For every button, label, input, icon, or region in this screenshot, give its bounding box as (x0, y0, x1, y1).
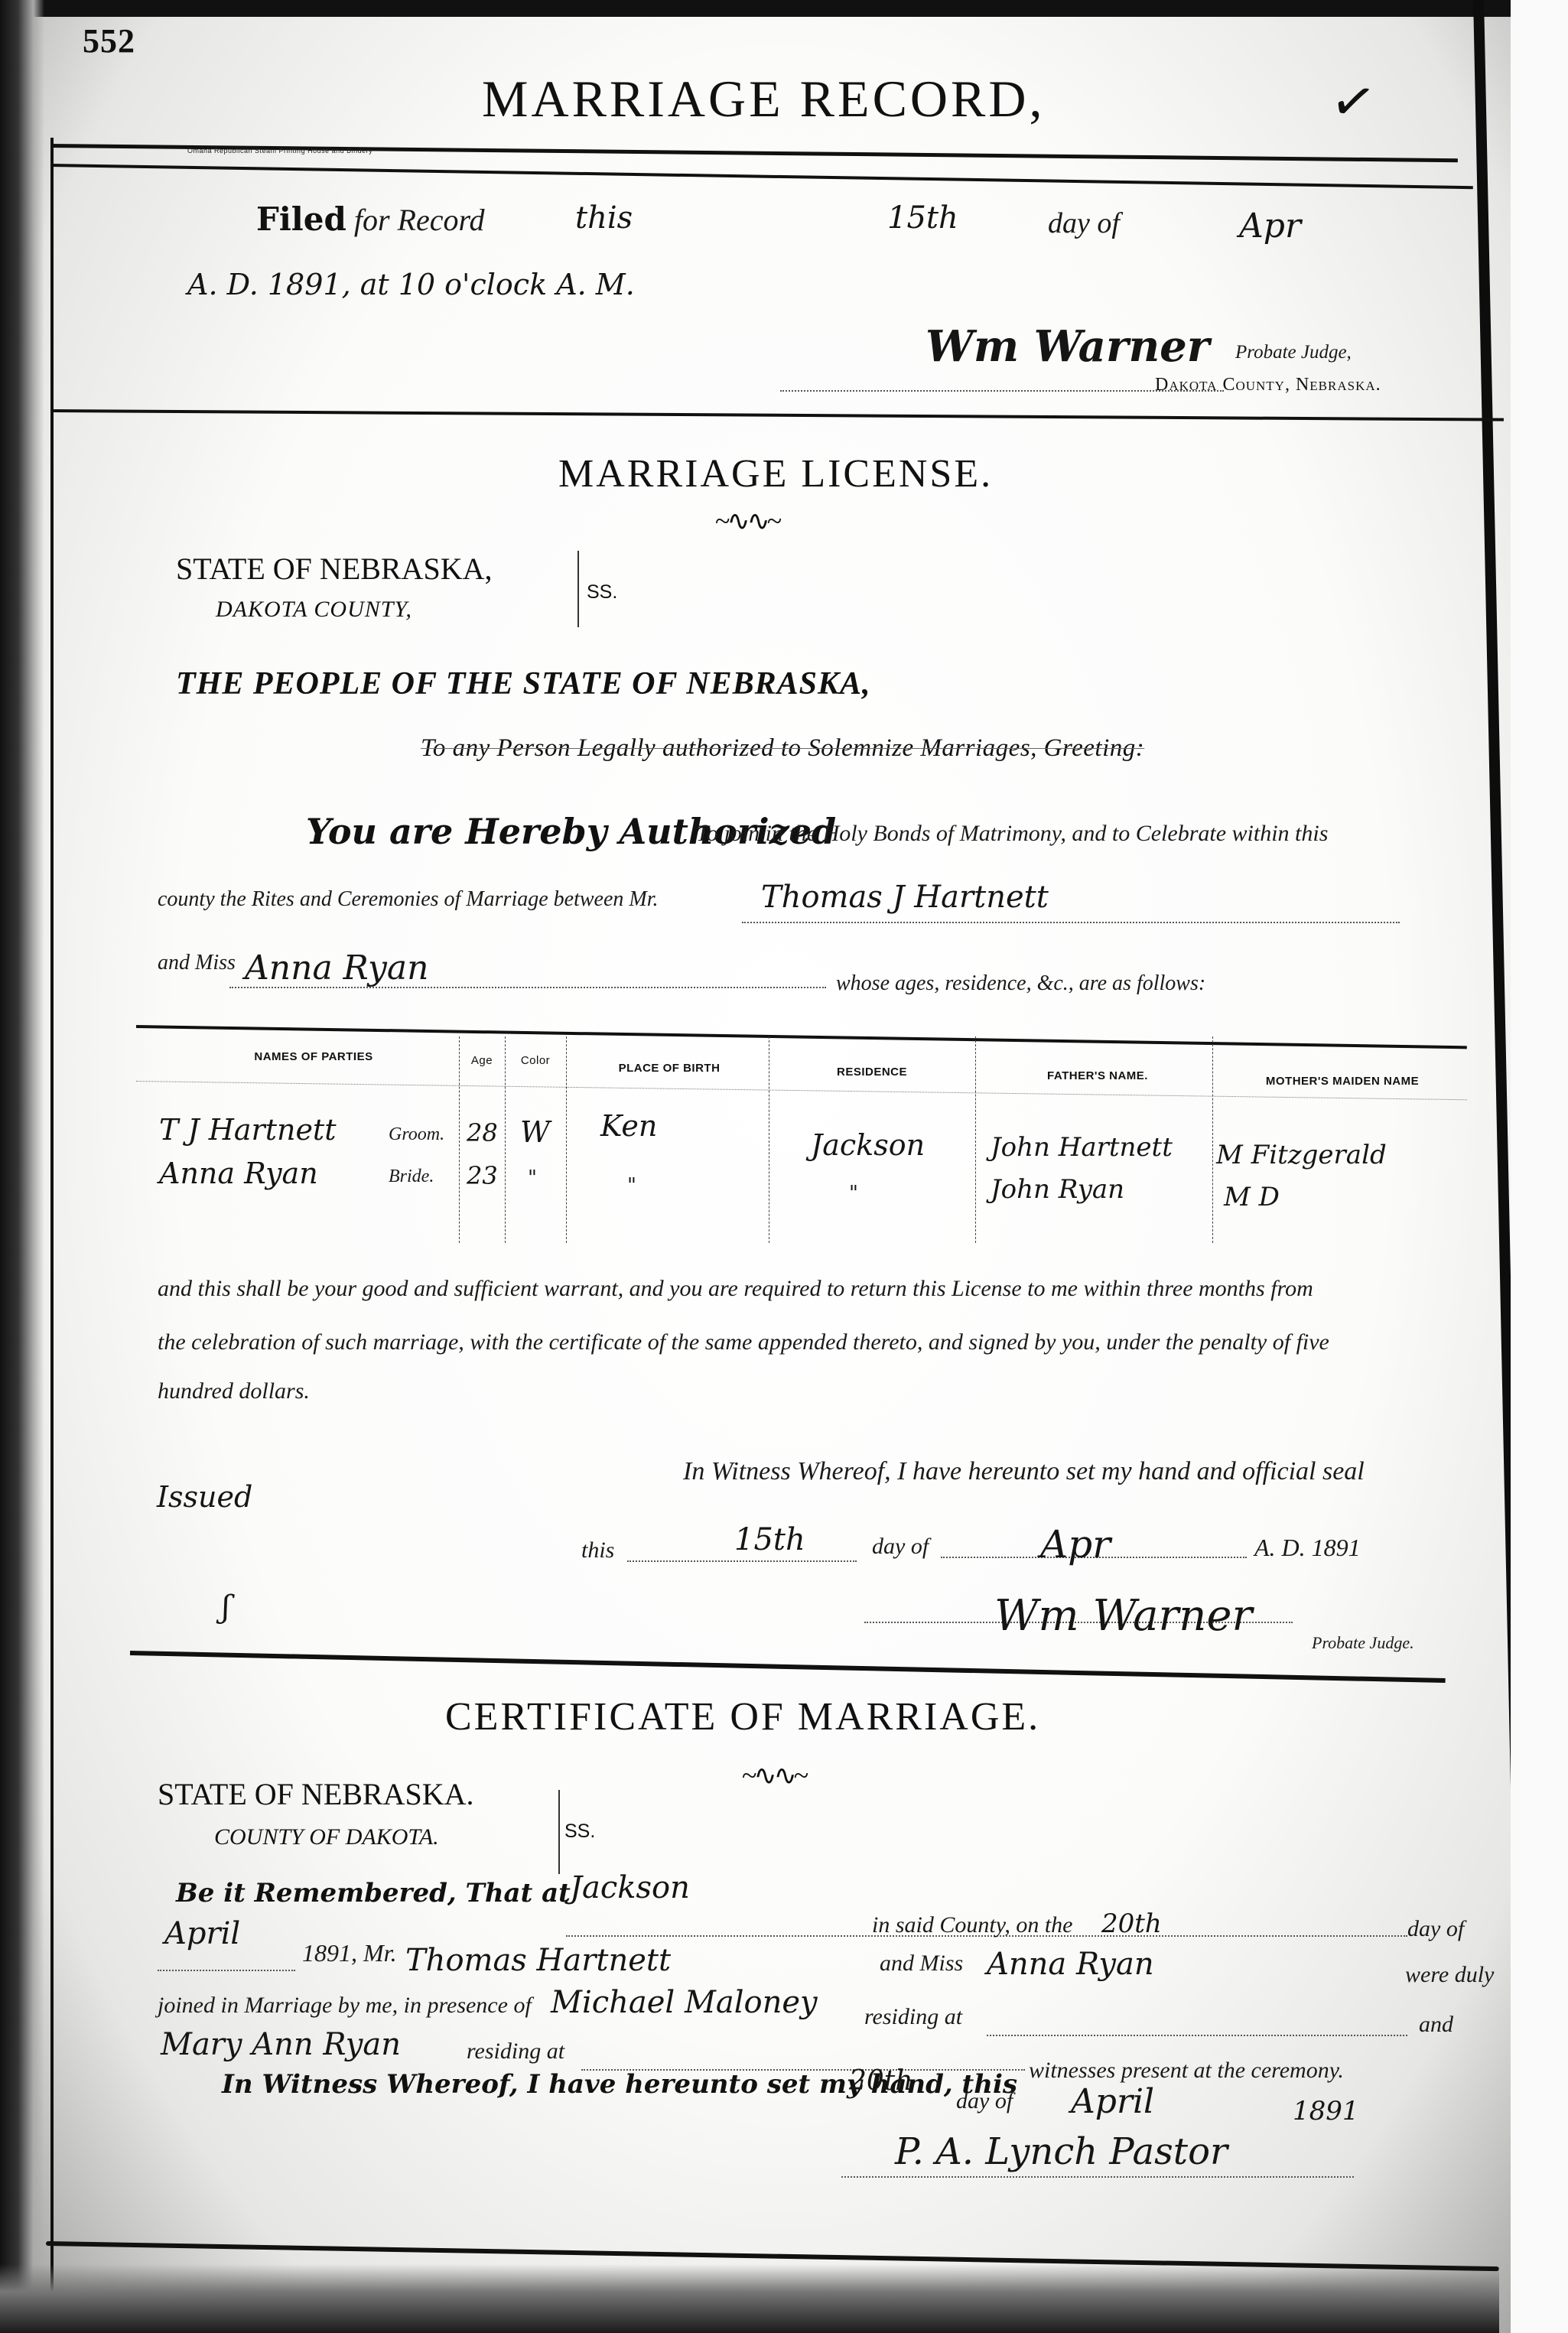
stray-ink-mark: ʃ (222, 1589, 230, 1625)
column-divider (459, 1036, 460, 1243)
witness-this-label: this (581, 1537, 614, 1563)
witness-ad-value: A. D. 1891 (1254, 1534, 1361, 1562)
witness-month-value: Apr (1040, 1522, 1111, 1567)
certificate-title: CERTIFICATE OF MARRIAGE. (445, 1694, 1040, 1739)
party-role: Groom. (389, 1124, 444, 1145)
certificate-state: STATE OF NEBRASKA. (158, 1776, 474, 1812)
header-names: NAMES OF PARTIES (229, 1050, 398, 1063)
column-divider (1212, 1036, 1213, 1243)
party-age: 23 (467, 1161, 498, 1190)
certificate-sign-day-of: day of (956, 2088, 1013, 2114)
witness-2-residing: residing at (467, 2039, 564, 2065)
county-rites-text: county the Rites and Ceremonies of Marri… (158, 887, 659, 912)
venue-bracket (558, 1790, 560, 1874)
party-birthplace: " (627, 1174, 636, 1197)
were-duly-label: were duly (1405, 1962, 1494, 1988)
witness-day-of-label: day of (872, 1534, 929, 1560)
witness-whereof-text: In Witness Whereof, I have hereunto set … (683, 1457, 1365, 1486)
witness-judge-signature: Wm Warner (994, 1591, 1252, 1641)
filed-judge-signature: Wm Warner (926, 321, 1209, 372)
scan-left-edge (0, 0, 44, 2333)
marriage-day-of-label: day of (1407, 1916, 1464, 1942)
flourish-ornament-icon: ~∿∿~ (715, 505, 779, 537)
column-divider (505, 1036, 506, 1243)
header-mothers-maiden-name: MOTHER'S MAIDEN NAME (1216, 1075, 1469, 1088)
remembered-lead: Be it Remembered, That at (176, 1878, 571, 1908)
party-name: Anna Ryan (159, 1157, 318, 1190)
party-name: T J Hartnett (159, 1113, 336, 1147)
page-title: MARRIAGE RECORD, (482, 69, 1046, 129)
marriage-month: April (164, 1916, 240, 1951)
certificate-sign-year: 1891 (1293, 2096, 1359, 2126)
bride-name: Anna Ryan (245, 948, 428, 988)
filed-label: Filed for Record (256, 200, 485, 238)
witness-judge-title: Probate Judge. (1312, 1633, 1414, 1653)
party-color: W (520, 1115, 550, 1149)
witness-1-residing: residing at (864, 2004, 962, 2030)
license-ss: SS. (587, 581, 617, 604)
marriage-year: 1891, Mr. (302, 1939, 397, 1967)
license-state: STATE OF NEBRASKA, (176, 551, 493, 587)
column-divider (975, 1036, 976, 1243)
issued-note: Issued (157, 1480, 252, 1514)
flourish-ornament-icon: ~∿∿~ (742, 1759, 805, 1791)
and-label: and (1419, 2012, 1453, 2038)
header-color: Color (509, 1054, 562, 1067)
witness-1-name: Michael Maloney (551, 1985, 818, 2020)
publisher-line: Omaha Republican Steam Printing House an… (187, 147, 372, 155)
officiant-signature: P. A. Lynch Pastor (895, 2130, 1228, 2173)
party-color: " (528, 1166, 537, 1189)
party-residence: Jackson (811, 1128, 925, 1162)
filed-county: Dakota County, Nebraska. (1155, 375, 1381, 395)
filed-ad-line: A. D. 1891, at 10 o'clock A. M. (187, 268, 635, 301)
filed-label-rest: for Record (354, 203, 485, 237)
party-father: John Ryan (991, 1174, 1124, 1205)
header-place-of-birth: PLACE OF BIRTH (581, 1062, 757, 1075)
party-residence: " (849, 1182, 858, 1205)
and-miss-label: and Miss (158, 951, 236, 975)
certificate-sign-day: 20th (849, 2065, 912, 2097)
header-residence: RESIDENCE (788, 1066, 956, 1079)
month-line (158, 1970, 295, 1971)
certificate-ss: SS. (564, 1821, 595, 1843)
filed-day-value: 15th (887, 200, 958, 236)
bride-name-line (229, 987, 826, 988)
header-age: Age (463, 1054, 501, 1067)
warrant-line-2: the celebration of such marriage, with t… (158, 1329, 1329, 1355)
column-divider (769, 1036, 769, 1243)
officiant-signature-line (841, 2176, 1354, 2178)
witness-day-value: 15th (734, 1522, 805, 1557)
certificate-and-miss: and Miss (880, 1951, 963, 1977)
in-said-county-label: in said County, on the (872, 1912, 1073, 1938)
ages-follow-text: whose ages, residence, &c., are as follo… (836, 971, 1205, 996)
party-father: John Hartnett (991, 1132, 1173, 1163)
party-age: 28 (467, 1118, 498, 1147)
license-title: MARRIAGE LICENSE. (558, 451, 993, 496)
facing-page-edge (1511, 0, 1568, 2333)
page-number: 552 (83, 21, 135, 60)
certificate-sign-month: April (1071, 2082, 1154, 2121)
left-margin-rule (50, 138, 54, 2318)
filed-this-value: this (575, 200, 633, 236)
header-fathers-name: FATHER'S NAME. (994, 1069, 1201, 1082)
party-birthplace: Ken (600, 1109, 657, 1143)
filed-label-blackletter: Filed (256, 200, 346, 238)
filed-month-value: Apr (1239, 207, 1301, 246)
marriage-place: Jackson (570, 1870, 690, 1905)
residence-line (987, 2035, 1407, 2036)
certificate-county: COUNTY OF DAKOTA. (214, 1824, 439, 1850)
joined-text: joined in Marriage by me, in presence of (158, 1993, 532, 2019)
witness-day-line (627, 1560, 857, 1562)
party-mother: M D (1224, 1182, 1280, 1212)
warrant-line-1: and this shall be your good and sufficie… (158, 1276, 1313, 1302)
license-county: DAKOTA COUNTY, (216, 597, 412, 623)
groom-name-line (742, 922, 1400, 923)
scan-top-edge (0, 0, 1568, 17)
people-of-state: THE PEOPLE OF THE STATE OF NEBRASKA, (176, 665, 871, 702)
witnesses-present-text: witnesses present at the ceremony. (1029, 2058, 1344, 2084)
marriage-day: 20th (1101, 1908, 1162, 1939)
certificate-groom: Thomas Hartnett (405, 1943, 671, 1978)
witness-2-name: Mary Ann Ryan (161, 2027, 401, 2062)
party-mother: M Fitzgerald (1216, 1140, 1387, 1170)
certificate-bride: Anna Ryan (987, 1947, 1154, 1982)
filed-judge-title: Probate Judge, (1235, 342, 1352, 363)
party-role: Bride. (389, 1166, 434, 1187)
groom-name: Thomas J Hartnett (761, 880, 1049, 915)
filed-day-of-label: day of (1048, 207, 1120, 240)
scan-bottom-edge (0, 2264, 1499, 2333)
venue-bracket (577, 551, 582, 627)
greeting-line: To any Person Legally authorized to Sole… (421, 734, 1144, 763)
warrant-line-3: hundred dollars. (158, 1378, 310, 1404)
column-divider (566, 1036, 567, 1243)
authorized-text: To join in the Holy Bonds of Matrimony, … (696, 821, 1328, 847)
